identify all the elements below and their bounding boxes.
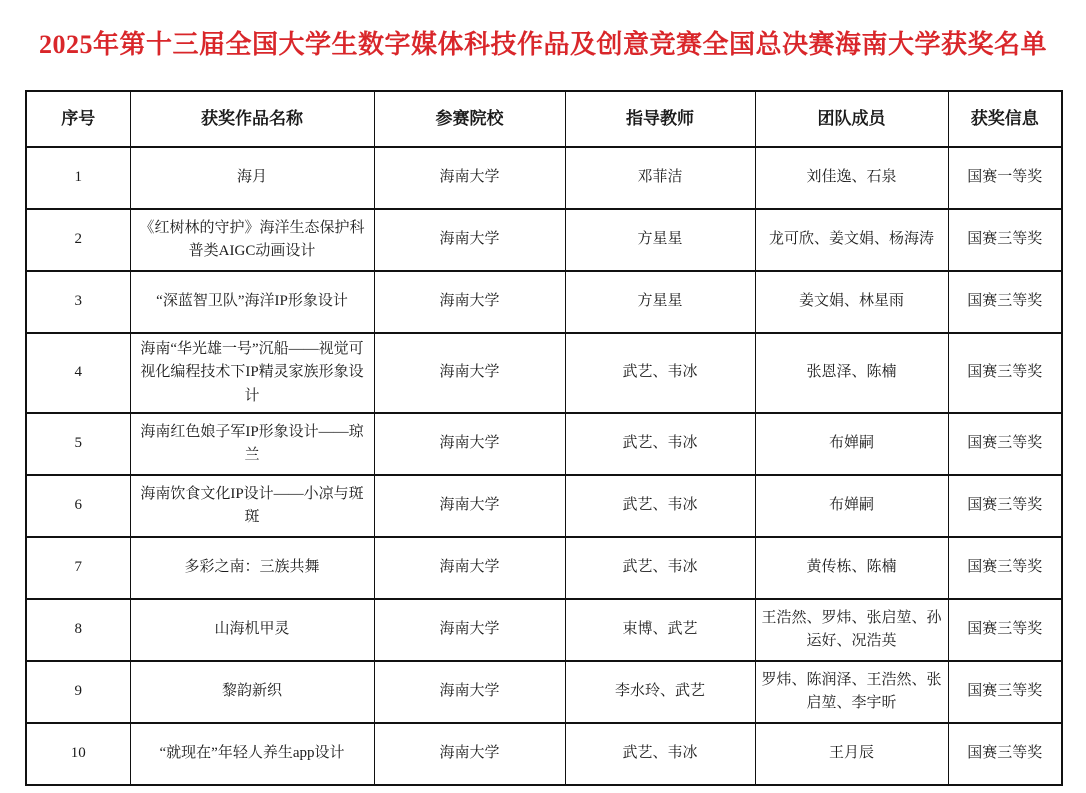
table-cell: 海南“华光雄一号”沉船——视觉可视化编程技术下IP精灵家族形象设计 <box>130 333 374 413</box>
table-cell: 龙可欣、姜文娟、杨海涛 <box>755 209 948 271</box>
table-cell: 布婵嗣 <box>755 413 948 475</box>
table-cell: 海南大学 <box>374 661 565 723</box>
table-cell: 国赛三等奖 <box>948 661 1062 723</box>
table-cell: 山海机甲灵 <box>130 599 374 661</box>
table-cell: 海南大学 <box>374 147 565 209</box>
table-cell: 国赛三等奖 <box>948 723 1062 785</box>
table-cell: 方星星 <box>565 271 755 333</box>
table-cell: 多彩之南：三族共舞 <box>130 537 374 599</box>
table-cell: 国赛三等奖 <box>948 537 1062 599</box>
table-cell: 武艺、韦冰 <box>565 537 755 599</box>
column-header: 参赛院校 <box>374 91 565 147</box>
table-cell: 9 <box>26 661 130 723</box>
table-cell: 姜文娟、林星雨 <box>755 271 948 333</box>
table-row: 6海南饮食文化IP设计——小凉与斑斑海南大学武艺、韦冰布婵嗣国赛三等奖 <box>26 475 1062 537</box>
table-row: 2《红树林的守护》海洋生态保护科普类AIGC动画设计海南大学方星星龙可欣、姜文娟… <box>26 209 1062 271</box>
table-cell: 方星星 <box>565 209 755 271</box>
table-cell: 国赛一等奖 <box>948 147 1062 209</box>
table-cell: 束博、武艺 <box>565 599 755 661</box>
column-header: 序号 <box>26 91 130 147</box>
table-cell: 海南红色娘子军IP形象设计——琼兰 <box>130 413 374 475</box>
document-page: 2025年第十三届全国大学生数字媒体科技作品及创意竞赛全国总决赛海南大学获奖名单… <box>0 0 1086 786</box>
column-header: 获奖作品名称 <box>130 91 374 147</box>
table-cell: 海南饮食文化IP设计——小凉与斑斑 <box>130 475 374 537</box>
table-cell: 《红树林的守护》海洋生态保护科普类AIGC动画设计 <box>130 209 374 271</box>
page-title: 2025年第十三届全国大学生数字媒体科技作品及创意竞赛全国总决赛海南大学获奖名单 <box>25 26 1061 64</box>
table-header: 序号获奖作品名称参赛院校指导教师团队成员获奖信息 <box>26 91 1062 147</box>
header-row: 序号获奖作品名称参赛院校指导教师团队成员获奖信息 <box>26 91 1062 147</box>
table-cell: 张恩泽、陈楠 <box>755 333 948 413</box>
table-row: 5海南红色娘子军IP形象设计——琼兰海南大学武艺、韦冰布婵嗣国赛三等奖 <box>26 413 1062 475</box>
table-cell: 1 <box>26 147 130 209</box>
table-cell: 海南大学 <box>374 475 565 537</box>
table-cell: 国赛三等奖 <box>948 599 1062 661</box>
table-row: 1海月海南大学邓菲洁刘佳逸、石泉国赛一等奖 <box>26 147 1062 209</box>
table-cell: 黎韵新织 <box>130 661 374 723</box>
table-cell: 8 <box>26 599 130 661</box>
table-cell: 海南大学 <box>374 723 565 785</box>
table-cell: 海月 <box>130 147 374 209</box>
table-cell: 邓菲洁 <box>565 147 755 209</box>
table-cell: 5 <box>26 413 130 475</box>
table-cell: “就现在”年轻人养生app设计 <box>130 723 374 785</box>
table-cell: 罗炜、陈润泽、王浩然、张启堃、李宇昕 <box>755 661 948 723</box>
table-cell: 海南大学 <box>374 537 565 599</box>
table-cell: 海南大学 <box>374 333 565 413</box>
table-cell: “深蓝智卫队”海洋IP形象设计 <box>130 271 374 333</box>
table-cell: 国赛三等奖 <box>948 413 1062 475</box>
table-cell: 黄传栋、陈楠 <box>755 537 948 599</box>
table-cell: 武艺、韦冰 <box>565 413 755 475</box>
table-cell: 3 <box>26 271 130 333</box>
table-cell: 7 <box>26 537 130 599</box>
table-cell: 武艺、韦冰 <box>565 723 755 785</box>
table-row: 9黎韵新织海南大学李水玲、武艺罗炜、陈润泽、王浩然、张启堃、李宇昕国赛三等奖 <box>26 661 1062 723</box>
table-cell: 海南大学 <box>374 413 565 475</box>
table-cell: 国赛三等奖 <box>948 271 1062 333</box>
column-header: 获奖信息 <box>948 91 1062 147</box>
table-row: 7多彩之南：三族共舞海南大学武艺、韦冰黄传栋、陈楠国赛三等奖 <box>26 537 1062 599</box>
table-cell: 国赛三等奖 <box>948 209 1062 271</box>
table-cell: 国赛三等奖 <box>948 333 1062 413</box>
column-header: 团队成员 <box>755 91 948 147</box>
table-row: 10“就现在”年轻人养生app设计海南大学武艺、韦冰王月辰国赛三等奖 <box>26 723 1062 785</box>
table-cell: 武艺、韦冰 <box>565 475 755 537</box>
table-row: 3“深蓝智卫队”海洋IP形象设计海南大学方星星姜文娟、林星雨国赛三等奖 <box>26 271 1062 333</box>
table-cell: 布婵嗣 <box>755 475 948 537</box>
table-cell: 李水玲、武艺 <box>565 661 755 723</box>
table-row: 8山海机甲灵海南大学束博、武艺王浩然、罗炜、张启堃、孙运好、况浩英国赛三等奖 <box>26 599 1062 661</box>
table-cell: 王月辰 <box>755 723 948 785</box>
table-cell: 海南大学 <box>374 599 565 661</box>
table-cell: 6 <box>26 475 130 537</box>
column-header: 指导教师 <box>565 91 755 147</box>
awards-table: 序号获奖作品名称参赛院校指导教师团队成员获奖信息 1海月海南大学邓菲洁刘佳逸、石… <box>25 90 1063 786</box>
table-cell: 4 <box>26 333 130 413</box>
table-cell: 海南大学 <box>374 209 565 271</box>
table-cell: 武艺、韦冰 <box>565 333 755 413</box>
table-cell: 王浩然、罗炜、张启堃、孙运好、况浩英 <box>755 599 948 661</box>
table-cell: 国赛三等奖 <box>948 475 1062 537</box>
table-body: 1海月海南大学邓菲洁刘佳逸、石泉国赛一等奖2《红树林的守护》海洋生态保护科普类A… <box>26 147 1062 785</box>
table-cell: 10 <box>26 723 130 785</box>
table-row: 4海南“华光雄一号”沉船——视觉可视化编程技术下IP精灵家族形象设计海南大学武艺… <box>26 333 1062 413</box>
table-cell: 刘佳逸、石泉 <box>755 147 948 209</box>
table-cell: 海南大学 <box>374 271 565 333</box>
table-cell: 2 <box>26 209 130 271</box>
